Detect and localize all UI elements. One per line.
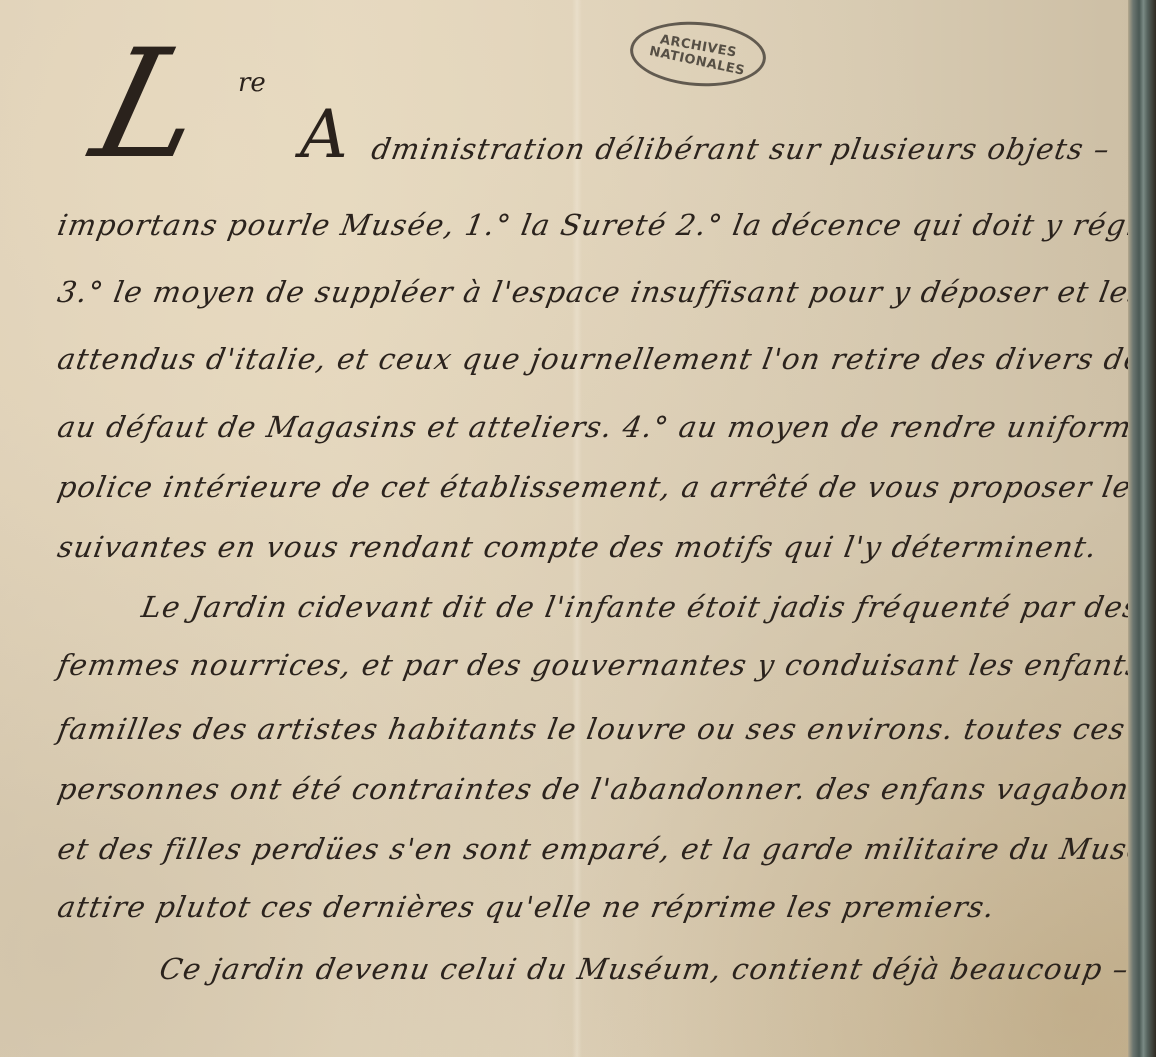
text-line: 3.° le moyen de suppléer à l'espace insu…	[55, 275, 1156, 309]
book-binding	[1128, 0, 1156, 1057]
text-line: attire plutot ces dernières qu'elle ne r…	[55, 890, 998, 924]
decorative-initial-l: L	[81, 30, 218, 180]
text-line: au défaut de Magasins et atteliers. 4.° …	[55, 410, 1156, 444]
text-line: police intérieure de cet établissement, …	[55, 470, 1156, 504]
decorative-initial-a: A	[300, 102, 348, 168]
text-line: et des filles perdües s'en sont emparé, …	[55, 832, 1156, 866]
text-line: dministration délibérant sur plusieurs o…	[369, 132, 1113, 166]
text-line: suivantes en vous rendant compte des mot…	[55, 530, 1100, 564]
text-line: Ce jardin devenu celui du Muséum, contie…	[157, 952, 1132, 986]
initial-superscript: re	[238, 68, 266, 98]
text-line: personnes ont été contraintes de l'aband…	[55, 772, 1156, 806]
archives-nationales-stamp: ARCHIVES NATIONALES	[628, 17, 768, 90]
text-line: importans pourle Musée, 1.° la Sureté 2.…	[55, 208, 1156, 242]
text-line: familles des artistes habitants le louvr…	[55, 712, 1154, 746]
text-line: Le Jardin cidevant dit de l'infante étoi…	[139, 590, 1142, 624]
text-line: attendus d'italie, et ceux que journelle…	[55, 342, 1156, 376]
manuscript-page: ARCHIVES NATIONALES L re A dministration…	[0, 0, 1132, 1057]
text-line: femmes nourrices, et par des gouvernante…	[55, 648, 1156, 682]
